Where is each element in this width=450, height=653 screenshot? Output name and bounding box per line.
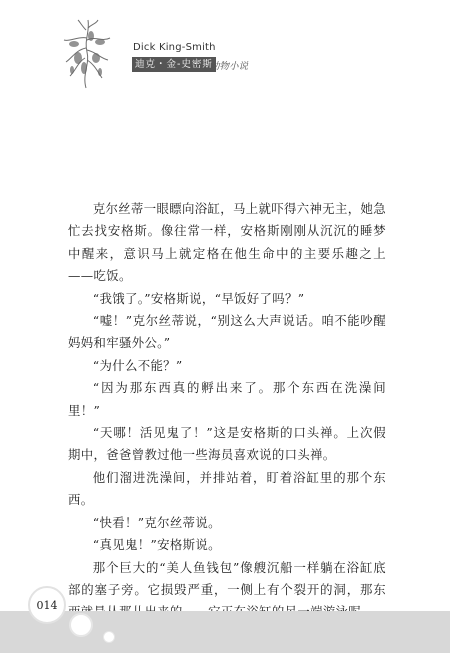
paragraph: 克尔丝蒂一眼瞟向浴缸，马上就吓得六神无主，她急忙去找安格斯。像往常一样，安格斯刚… [68,198,386,288]
series-label: 动物小说 [210,58,248,72]
author-name-chinese: 迪克・金-史密斯 [132,57,216,72]
paragraph: 他们溜进洗澡间，并排站着，盯着浴缸里的那个东西。 [68,467,386,512]
paragraph: “真见鬼！”安格斯说。 [68,534,386,556]
author-name-english: Dick King-Smith [133,42,216,53]
paragraph: “为什么不能？” [68,355,386,377]
book-header: Dick King-Smith 迪克・金-史密斯 动物小说 [60,18,320,88]
footer-band [0,611,450,653]
decorative-bubble-icon [103,631,115,643]
paragraph: “嘘！”克尔丝蒂说，“别这么大声说话。咱不能吵醒妈妈和牢骚外公。” [68,310,386,355]
ink-flower-icon [60,18,112,90]
paragraph: “天哪！活见鬼了！”这是安格斯的口头禅。上次假期中，爸爸曾教过他一些海员喜欢说的… [68,422,386,467]
page-number: 014 [37,599,58,612]
page-number-badge: 014 [28,586,66,624]
decorative-bubble-icon [69,613,93,637]
paragraph: “因为那东西真的孵出来了。那个东西在洗澡间里！” [68,377,386,422]
paragraph: “快看！”克尔丝蒂说。 [68,512,386,534]
page-body-text: 克尔丝蒂一眼瞟向浴缸，马上就吓得六神无主，她急忙去找安格斯。像往常一样，安格斯刚… [68,198,386,646]
paragraph: “我饿了。”安格斯说，“早饭好了吗？” [68,288,386,310]
